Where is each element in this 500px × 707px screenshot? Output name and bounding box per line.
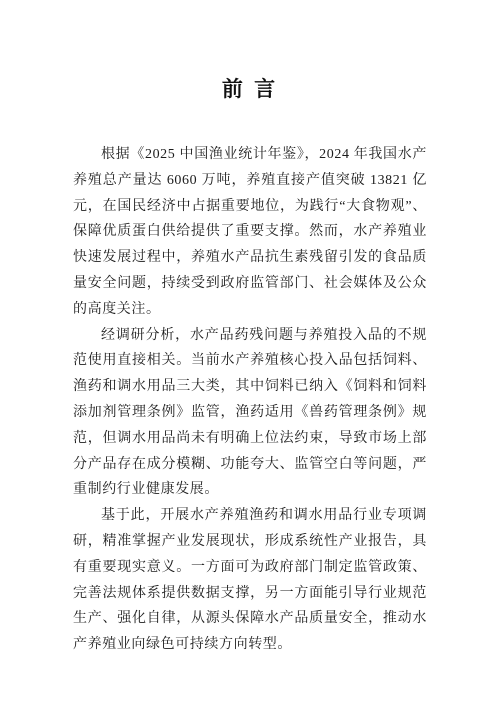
preface-paragraph-2: 经调研分析，水产品药残问题与养殖投入品的不规范使用直接相关。当前水产养殖核心投入… — [73, 323, 427, 504]
preface-paragraph-3: 基于此，开展水产养殖渔药和调水用品行业专项调研，精准掌握产业发展现状，形成系统性… — [73, 503, 427, 658]
preface-title: 前 言 — [73, 76, 427, 102]
preface-paragraph-1: 根据《2025 中国渔业统计年鉴》，2024 年我国水产养殖总产量达 6060 … — [73, 142, 427, 323]
document-page: 前 言 根据《2025 中国渔业统计年鉴》，2024 年我国水产养殖总产量达 6… — [0, 0, 500, 707]
preface-body: 根据《2025 中国渔业统计年鉴》，2024 年我国水产养殖总产量达 6060 … — [73, 142, 427, 658]
